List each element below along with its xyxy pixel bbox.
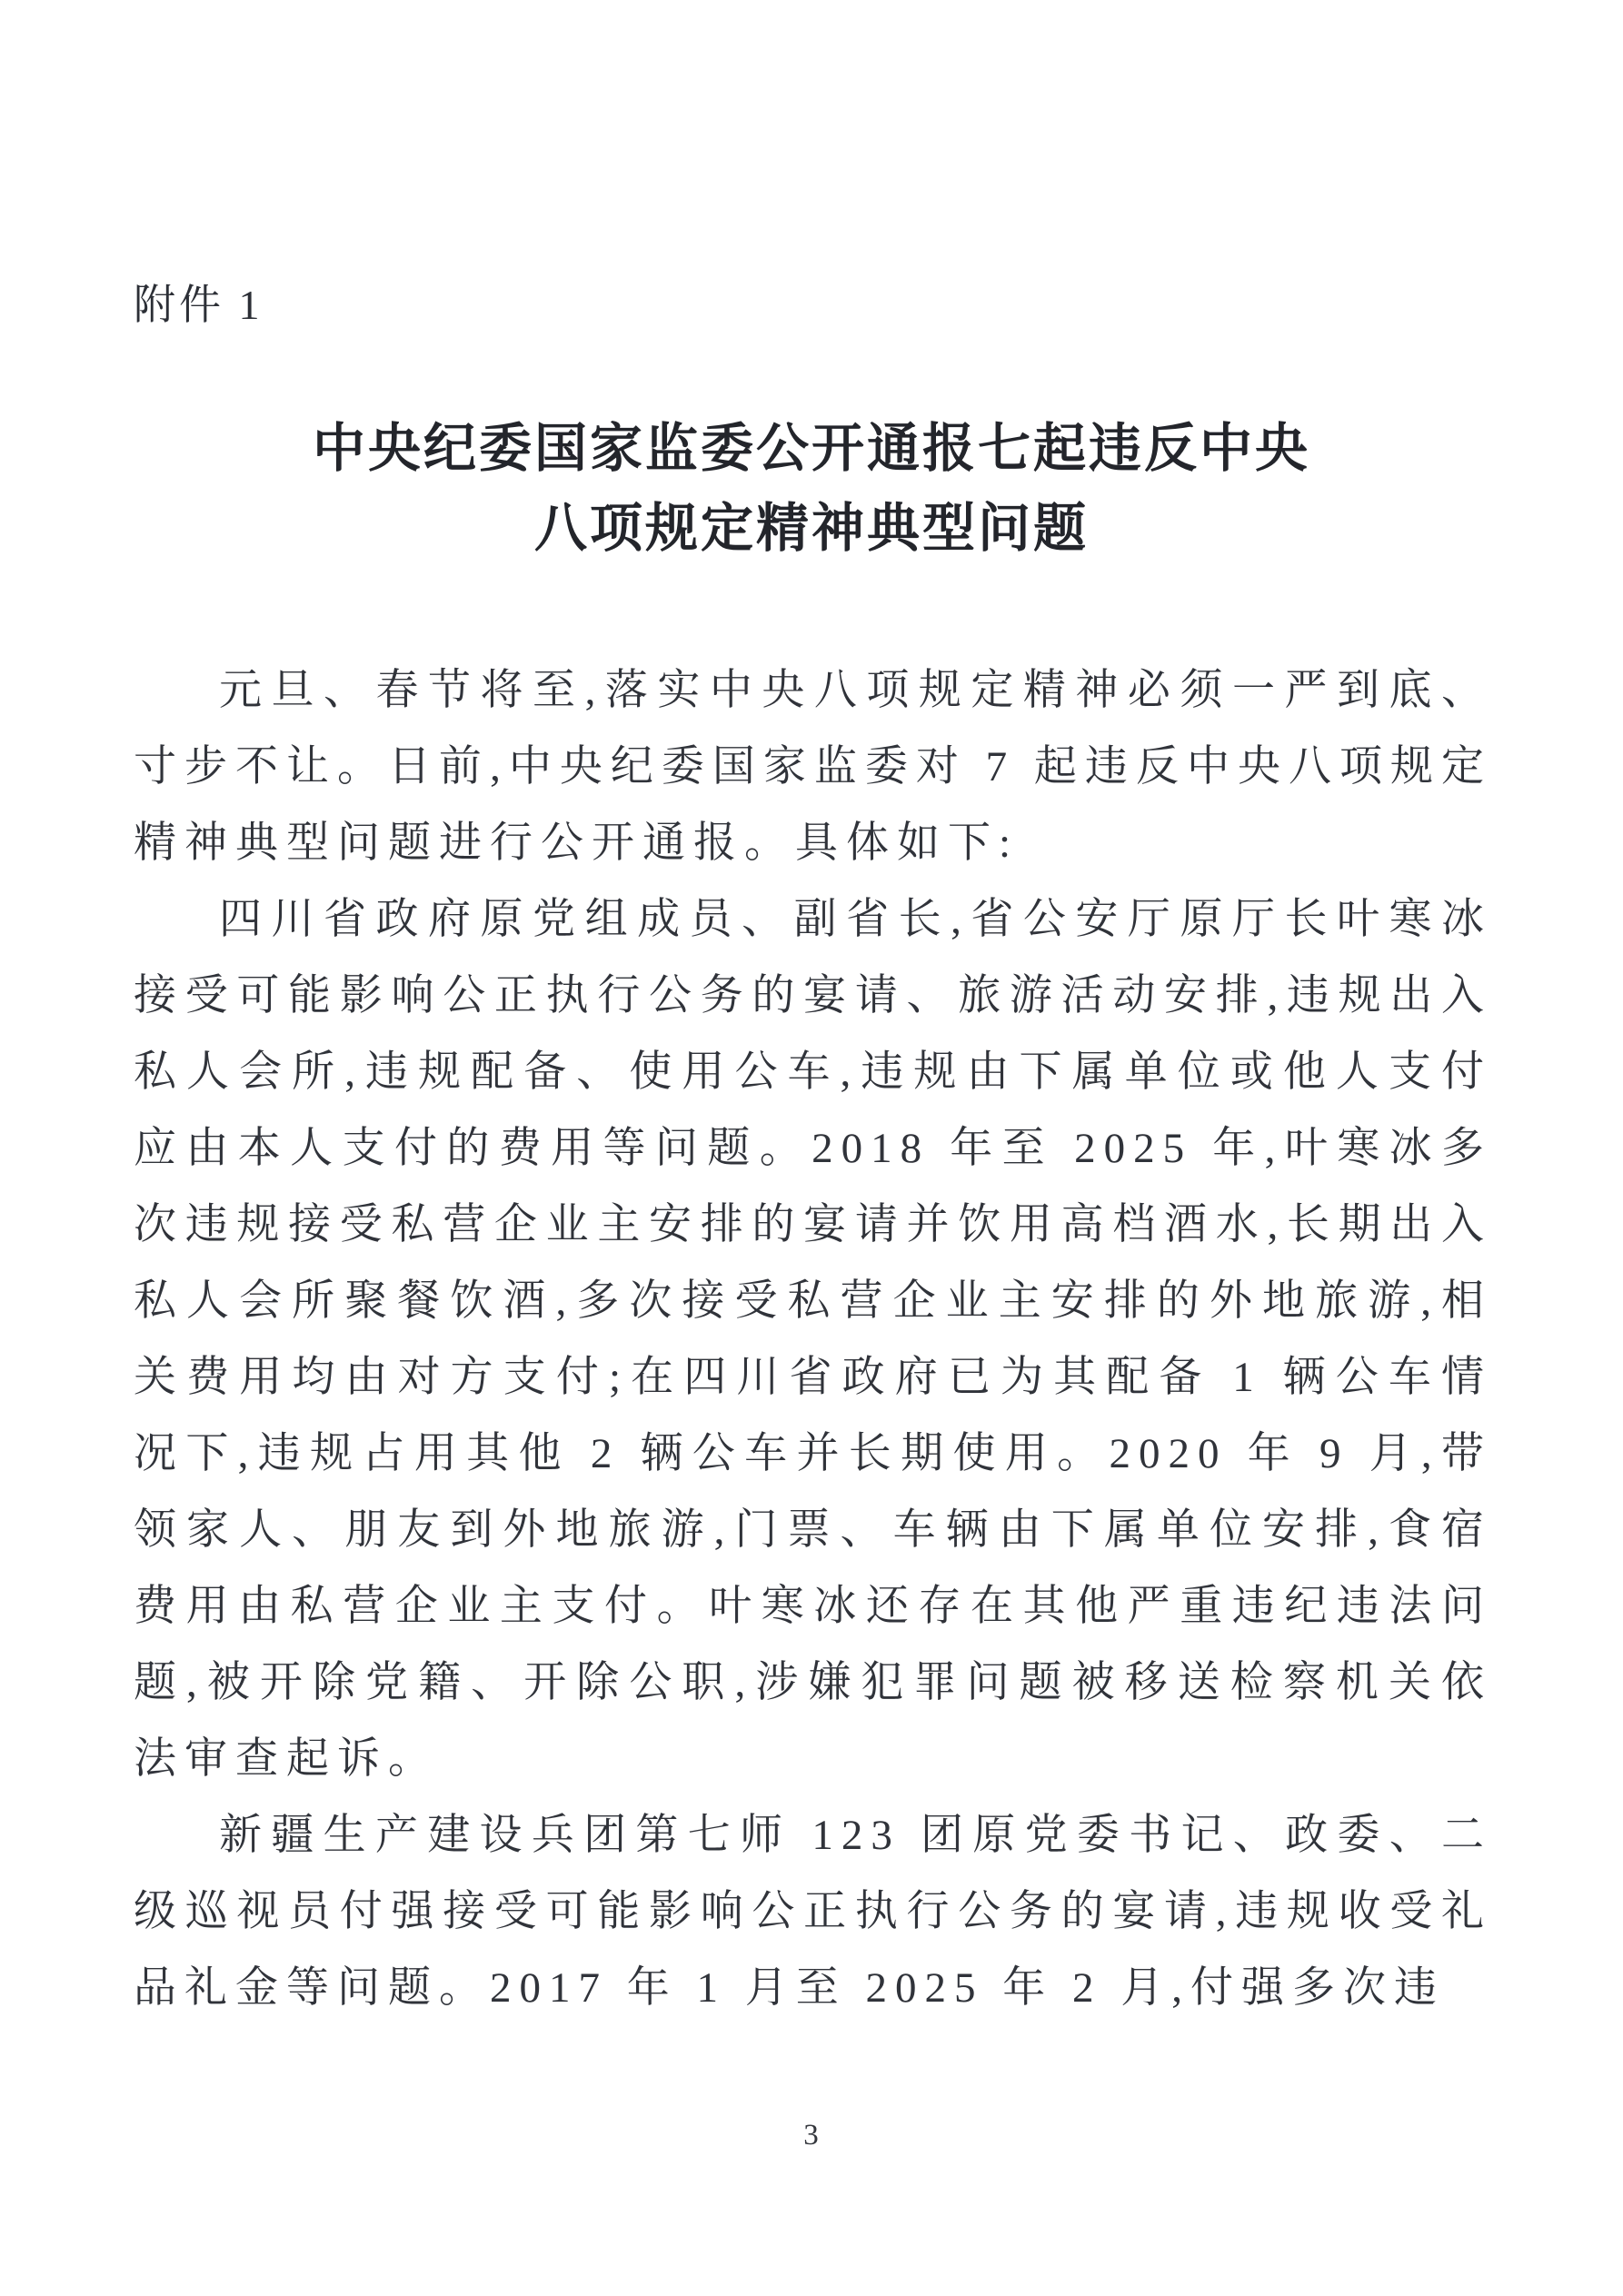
document-title: 中央纪委国家监委公开通报七起违反中央 八项规定精神典型问题 [85, 409, 1538, 569]
page-number: 3 [0, 2119, 1623, 2152]
document-body: 元旦、春节将至,落实中央八项规定精神必须一严到底、寸步不让。日前,中央纪委国家监… [134, 652, 1492, 2026]
document-page: 附件 1 中央纪委国家监委公开通报七起违反中央 八项规定精神典型问题 元旦、春节… [0, 0, 1623, 2296]
paragraph-case-xinjiang: 新疆生产建设兵团第七师 123 团原党委书记、政委、二级巡视员付强接受可能影响公… [134, 1797, 1492, 2026]
document-title-line-1: 中央纪委国家监委公开通报七起违反中央 [313, 419, 1310, 478]
paragraph-intro: 元旦、春节将至,落实中央八项规定精神必须一严到底、寸步不让。日前,中央纪委国家监… [134, 652, 1492, 881]
paragraph-case-sichuan: 四川省政府原党组成员、副省长,省公安厅原厅长叶寒冰接受可能影响公正执行公务的宴请… [134, 881, 1492, 1797]
attachment-label: 附件 1 [134, 278, 264, 333]
document-title-line-2: 八项规定精神典型问题 [534, 499, 1089, 558]
